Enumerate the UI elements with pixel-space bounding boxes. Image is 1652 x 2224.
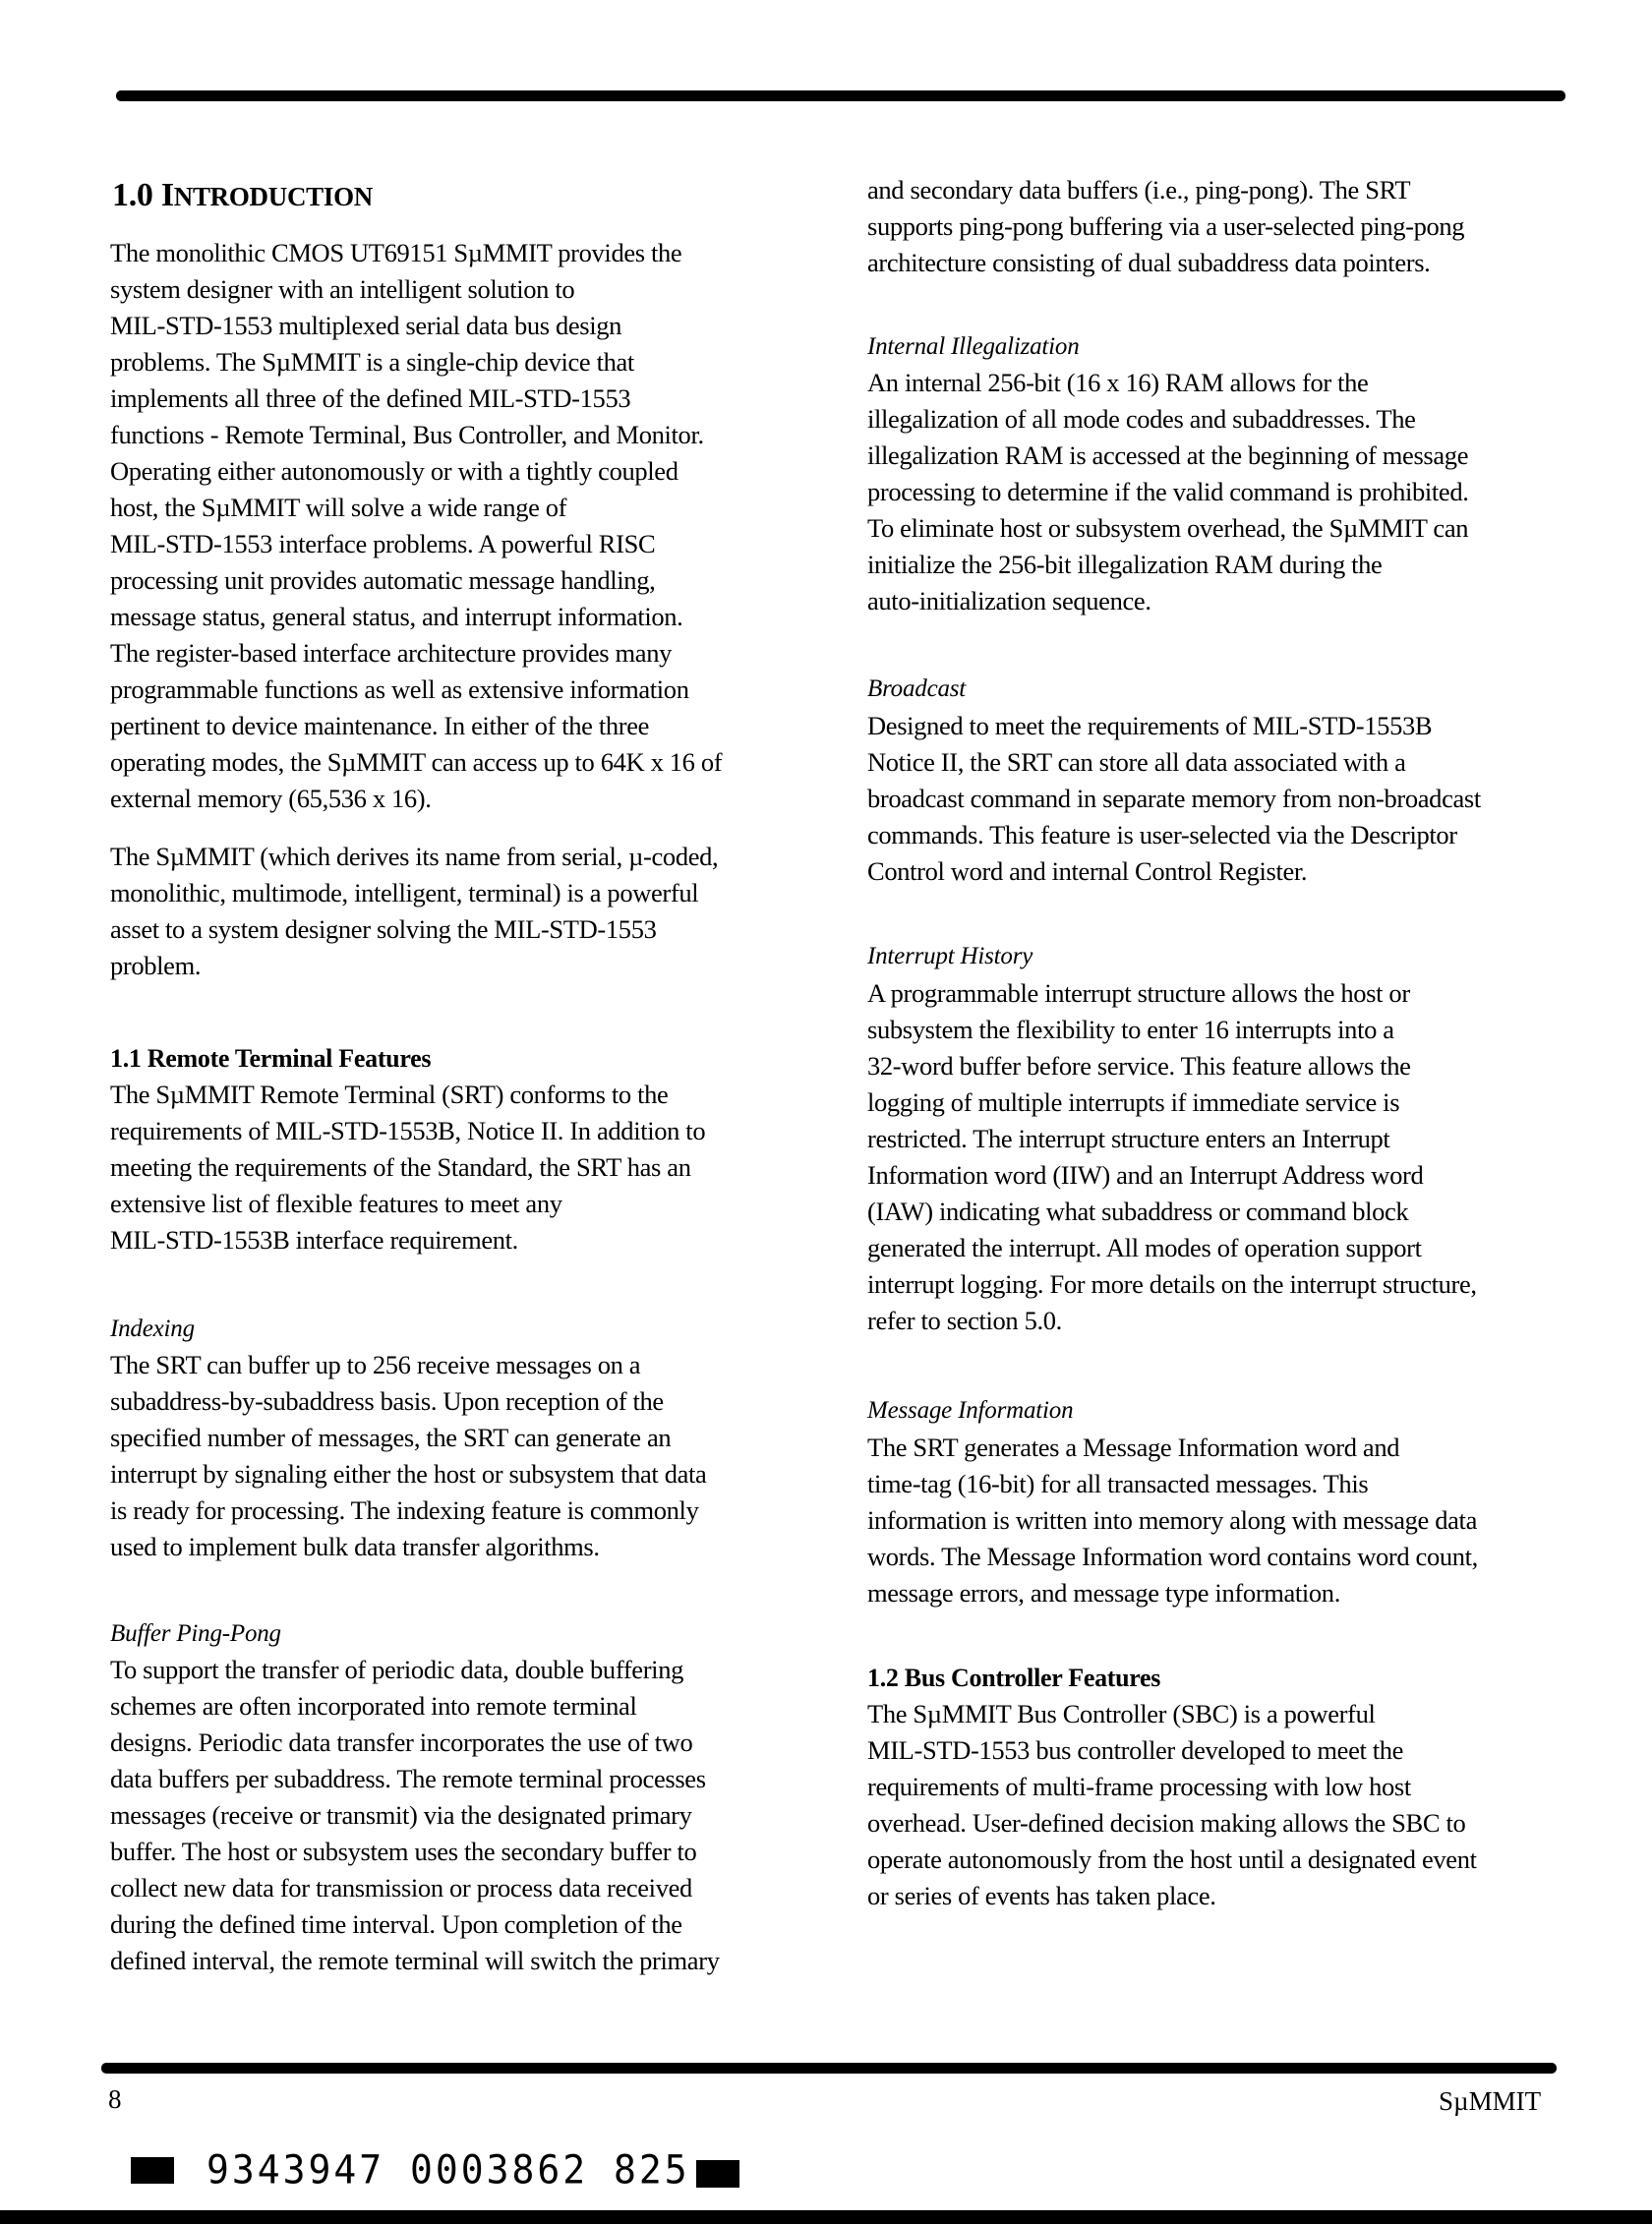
text-line: An internal 256-bit (16 x 16) RAM allows… [867, 370, 1368, 396]
text-line: used to implement bulk data transfer alg… [110, 1534, 600, 1560]
section-heading-1-2: 1.2 Bus Controller Features [867, 1666, 1160, 1691]
text-line: The SµMMIT (which derives its name from … [110, 844, 718, 870]
text-line: The monolithic CMOS UT69151 SµMMIT provi… [110, 240, 681, 266]
section-heading-1-1: 1.1 Remote Terminal Features [110, 1046, 431, 1072]
text-line: Information word (IIW) and an Interrupt … [867, 1162, 1423, 1189]
text-line: problems. The SµMMIT is a single-chip de… [110, 349, 634, 376]
text-line: subaddress-by-subaddress basis. Upon rec… [110, 1388, 664, 1415]
text-line: illegalization RAM is accessed at the be… [867, 442, 1468, 469]
text-line: data buffers per subaddress. The remote … [110, 1766, 706, 1792]
text-line: processing unit provides automatic messa… [110, 567, 655, 594]
text-line: The SµMMIT Bus Controller (SBC) is a pow… [867, 1701, 1376, 1727]
text-line: To support the transfer of periodic data… [110, 1657, 683, 1683]
text-line: MIL-STD-1553 multiplexed serial data bus… [110, 313, 621, 339]
text-line: requirements of multi-frame processing w… [867, 1774, 1411, 1800]
heading-number: 1.0 [112, 177, 161, 213]
text-line: and secondary data buffers (i.e., ping-p… [867, 177, 1410, 204]
text-line: schemes are often incorporated into remo… [110, 1693, 636, 1720]
text-line: The SµMMIT Remote Terminal (SRT) conform… [110, 1082, 668, 1108]
text-line: functions - Remote Terminal, Bus Control… [110, 422, 704, 448]
text-line: meeting the requirements of the Standard… [110, 1154, 691, 1181]
text-line: asset to a system designer solving the M… [110, 916, 657, 943]
text-line: refer to section 5.0. [867, 1308, 1062, 1334]
left-column: 1.0 INTRODUCTION The monolithic CMOS UT6… [110, 0, 818, 2065]
barcode-text: 9343947 0003862 825 [206, 2150, 690, 2190]
text-line: logging of multiple interrupts if immedi… [867, 1089, 1399, 1116]
right-column: and secondary data buffers (i.e., ping-p… [867, 0, 1575, 2065]
heading-initial: I [161, 177, 174, 213]
text-line: time-tag (16-bit) for all transacted mes… [867, 1471, 1368, 1497]
text-line: The SRT can buffer up to 256 receive mes… [110, 1352, 640, 1378]
text-line: implements all three of the defined MIL-… [110, 385, 630, 412]
text-line: overhead. User-defined decision making a… [867, 1810, 1465, 1837]
text-line: operate autonomously from the host until… [867, 1846, 1477, 1873]
text-line: external memory (65,536 x 16). [110, 786, 432, 812]
text-line: Designed to meet the requirements of MIL… [867, 713, 1432, 739]
text-line: broadcast command in separate memory fro… [867, 786, 1481, 812]
text-line: pertinent to device maintenance. In eith… [110, 713, 649, 739]
text-line: auto-initialization sequence. [867, 588, 1151, 615]
text-line: programmable functions as well as extens… [110, 676, 689, 703]
text-line: messages (receive or transmit) via the d… [110, 1802, 692, 1829]
text-line: commands. This feature is user-selected … [867, 822, 1457, 849]
footer-rule [101, 2063, 1557, 2074]
text-line: interrupt by signaling either the host o… [110, 1461, 706, 1488]
text-line: MIL-STD-1553 interface problems. A power… [110, 531, 655, 557]
text-line: The register-based interface architectur… [110, 640, 672, 667]
subheading-interrupt-history: Interrupt History [867, 944, 1032, 968]
text-line: extensive list of flexible features to m… [110, 1191, 562, 1217]
text-line: host, the SµMMIT will solve a wide range… [110, 495, 566, 521]
text-line: supports ping-pong buffering via a user-… [867, 213, 1464, 240]
text-line: information is written into memory along… [867, 1507, 1477, 1534]
text-line: collect new data for transmission or pro… [110, 1875, 692, 1902]
text-line: buffer. The host or subsystem uses the s… [110, 1839, 696, 1865]
text-line: MIL-STD-1553B interface requirement. [110, 1227, 518, 1254]
page-number: 8 [108, 2086, 122, 2113]
text-line: words. The Message Information word cont… [867, 1544, 1478, 1570]
subheading-indexing: Indexing [110, 1317, 195, 1341]
text-line: specified number of messages, the SRT ca… [110, 1425, 671, 1451]
text-line: or series of events has taken place. [867, 1883, 1216, 1909]
text-line: architecture consisting of dual subaddre… [867, 250, 1430, 276]
text-line: processing to determine if the valid com… [867, 479, 1469, 505]
subheading-broadcast: Broadcast [867, 676, 966, 701]
section-heading-1-0: 1.0 INTRODUCTION [112, 179, 373, 212]
text-line: initialize the 256-bit illegalization RA… [867, 552, 1382, 578]
text-line: Control word and internal Control Regist… [867, 858, 1307, 885]
text-line: is ready for processing. The indexing fe… [110, 1497, 698, 1524]
text-line: subsystem the flexibility to enter 16 in… [867, 1017, 1394, 1043]
text-line: system designer with an intelligent solu… [110, 276, 574, 303]
text-line: (IAW) indicating what subaddress or comm… [867, 1199, 1408, 1225]
subheading-message-information: Message Information [867, 1398, 1073, 1423]
text-line: monolithic, multimode, intelligent, term… [110, 880, 698, 907]
barcode-left-block [131, 2157, 174, 2184]
text-line: To eliminate host or subsystem overhead,… [867, 515, 1468, 542]
text-line: A programmable interrupt structure allow… [867, 980, 1410, 1007]
footer-product-name: SµMMIT [1439, 2088, 1541, 2115]
text-line: illegalization of all mode codes and sub… [867, 406, 1416, 433]
text-line: MIL-STD-1553 bus controller developed to… [867, 1737, 1403, 1764]
bottom-edge-bar [0, 2210, 1652, 2224]
text-line: generated the interrupt. All modes of op… [867, 1235, 1422, 1261]
text-line: message errors, and message type informa… [867, 1580, 1340, 1607]
barcode-right-block [696, 2160, 739, 2188]
text-line: message status, general status, and inte… [110, 604, 682, 630]
text-line: 32-word buffer before service. This feat… [867, 1053, 1411, 1080]
text-line: problem. [110, 953, 201, 979]
text-line: operating modes, the SµMMIT can access u… [110, 749, 722, 776]
text-line: Operating either autonomously or with a … [110, 458, 678, 485]
subheading-internal-illegalization: Internal Illegalization [867, 334, 1080, 359]
text-line: The SRT generates a Message Information … [867, 1434, 1399, 1461]
text-line: Notice II, the SRT can store all data as… [867, 749, 1406, 776]
text-line: restricted. The interrupt structure ente… [867, 1126, 1389, 1152]
text-line: defined interval, the remote terminal wi… [110, 1948, 720, 1974]
text-line: during the defined time interval. Upon c… [110, 1911, 682, 1938]
subheading-buffer-ping-pong: Buffer Ping-Pong [110, 1621, 281, 1646]
text-line: interrupt logging. For more details on t… [867, 1271, 1477, 1298]
heading-smallcaps: NTRODUCTION [174, 182, 373, 211]
text-line: requirements of MIL-STD-1553B, Notice II… [110, 1118, 705, 1144]
text-line: designs. Periodic data transfer incorpor… [110, 1729, 692, 1756]
